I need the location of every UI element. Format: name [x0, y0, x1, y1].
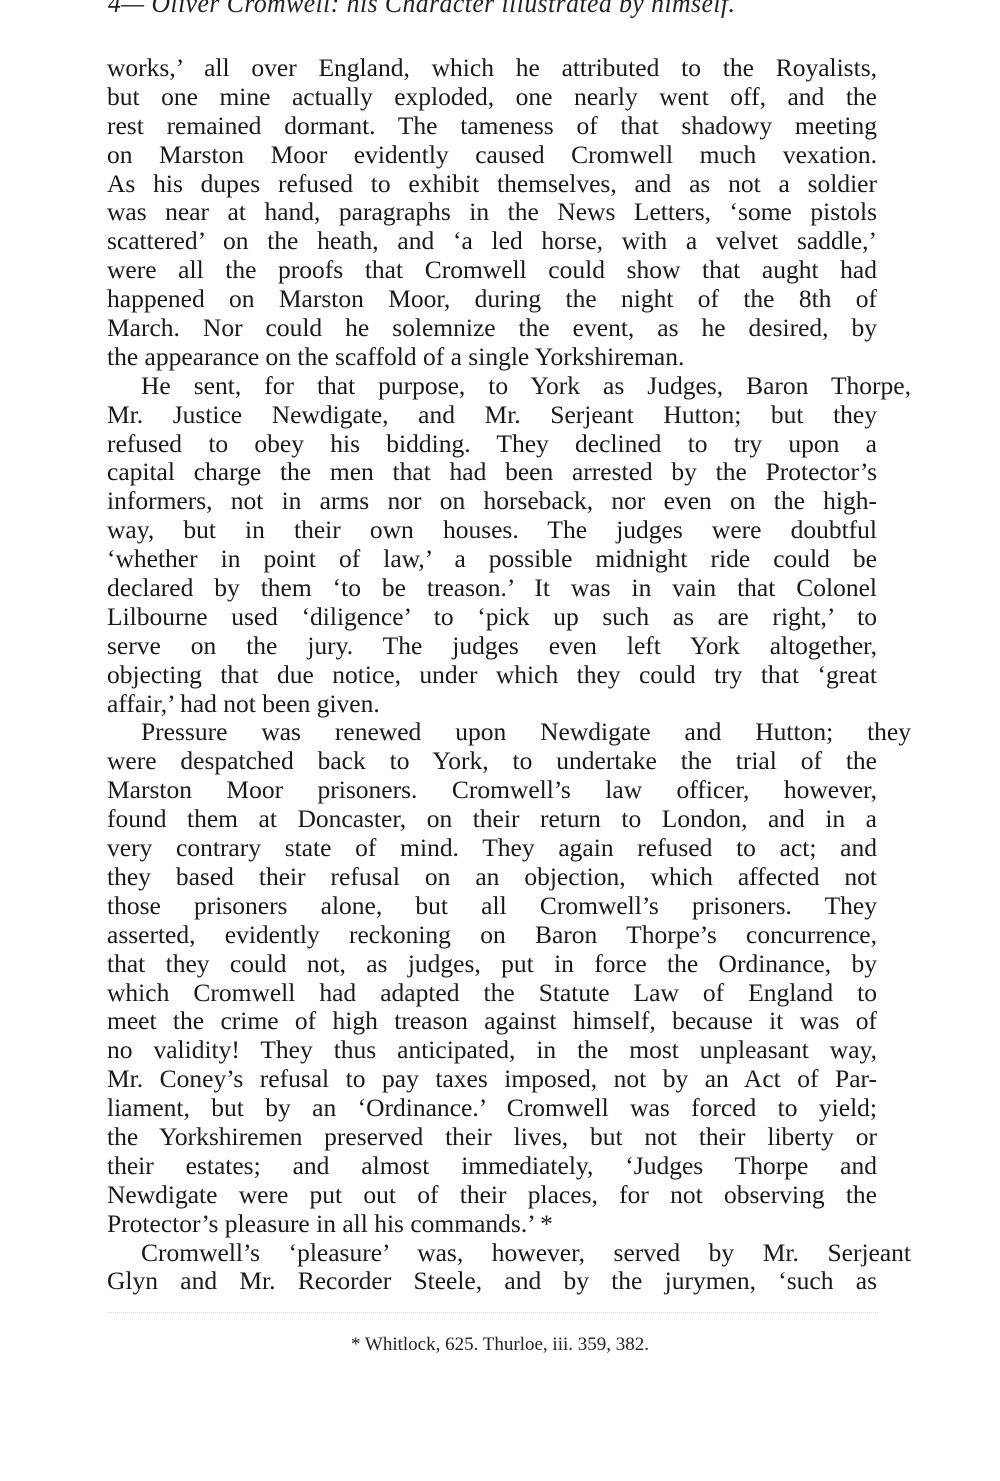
text-line: Cromwell’s ‘pleasure’ was, however, serv…: [107, 1239, 911, 1268]
text-line: on Marston Moor evidently caused Cromwel…: [107, 141, 877, 170]
text-line: He sent, for that purpose, to York as Ju…: [107, 372, 911, 401]
text-line: no validity! They thus anticipated, in t…: [107, 1036, 877, 1065]
text-line: Mr. Coney’s refusal to pay taxes imposed…: [107, 1065, 877, 1094]
text-line: were all the proofs that Cromwell could …: [107, 256, 877, 285]
text-line: they based their refusal on an objection…: [107, 863, 877, 892]
text-line: March. Nor could he solemnize the event,…: [107, 314, 877, 343]
text-line: which Cromwell had adapted the Statute L…: [107, 979, 877, 1008]
body-text: works,’ all over England, which he attri…: [107, 54, 877, 1296]
text-line: rest remained dormant. The tameness of t…: [107, 112, 877, 141]
text-line: Protector’s pleasure in all his commands…: [107, 1210, 877, 1239]
text-line: informers, not in arms nor on horseback,…: [107, 487, 877, 516]
text-line: that they could not, as judges, put in f…: [107, 950, 877, 979]
text-line: Pressure was renewed upon Newdigate and …: [107, 718, 911, 747]
paragraph: Cromwell’s ‘pleasure’ was, however, serv…: [107, 1239, 877, 1297]
text-line: their estates; and almost immediately, ‘…: [107, 1152, 877, 1181]
text-line: Glyn and Mr. Recorder Steele, and by the…: [107, 1267, 877, 1296]
text-line: found them at Doncaster, on their return…: [107, 805, 877, 834]
text-line: Lilbourne used ‘diligence’ to ‘pick up s…: [107, 603, 877, 632]
book-page: 4— Oliver Cromwell: his Character illust…: [0, 0, 1000, 1481]
text-line: meet the crime of high treason against h…: [107, 1007, 877, 1036]
text-line: but one mine actually exploded, one near…: [107, 83, 877, 112]
running-header: 4— Oliver Cromwell: his Character illust…: [108, 0, 878, 30]
text-line: declared by them ‘to be treason.’ It was…: [107, 574, 877, 603]
paragraph: works,’ all over England, which he attri…: [107, 54, 877, 372]
text-line: happened on Marston Moor, during the nig…: [107, 285, 877, 314]
text-line: those prisoners alone, but all Cromwell’…: [107, 892, 877, 921]
text-line: ‘whether in point of law,’ a possible mi…: [107, 545, 877, 574]
text-line: refused to obey his bidding. They declin…: [107, 430, 877, 459]
text-line: Newdigate were put out of their places, …: [107, 1181, 877, 1210]
text-line: liament, but by an ‘Ordinance.’ Cromwell…: [107, 1094, 877, 1123]
text-line: objecting that due notice, under which t…: [107, 661, 877, 690]
text-line: were despatched back to York, to underta…: [107, 747, 877, 776]
text-line: Marston Moor prisoners. Cromwell’s law o…: [107, 776, 877, 805]
text-line: scattered’ on the heath, and ‘a led hors…: [107, 227, 877, 256]
text-line: capital charge the men that had been arr…: [107, 458, 877, 487]
running-header-text: 4— Oliver Cromwell: his Character illust…: [108, 0, 735, 19]
text-line: serve on the jury. The judges even left …: [107, 632, 877, 661]
footnote-divider: [108, 1312, 878, 1319]
footnote: * Whitlock, 625. Thurloe, iii. 359, 382.: [0, 1334, 1000, 1356]
text-line: works,’ all over England, which he attri…: [107, 54, 877, 83]
text-line: was near at hand, paragraphs in the News…: [107, 198, 877, 227]
text-line: asserted, evidently reckoning on Baron T…: [107, 921, 877, 950]
text-line: affair,’ had not been given.: [107, 690, 877, 719]
paragraph: Pressure was renewed upon Newdigate and …: [107, 718, 877, 1238]
text-line: As his dupes refused to exhibit themselv…: [107, 170, 877, 199]
text-line: way, but in their own houses. The judges…: [107, 516, 877, 545]
paragraph: He sent, for that purpose, to York as Ju…: [107, 372, 877, 719]
text-line: the appearance on the scaffold of a sing…: [107, 343, 877, 372]
text-line: very contrary state of mind. They again …: [107, 834, 877, 863]
text-line: the Yorkshiremen preserved their lives, …: [107, 1123, 877, 1152]
text-line: Mr. Justice Newdigate, and Mr. Serjeant …: [107, 401, 877, 430]
